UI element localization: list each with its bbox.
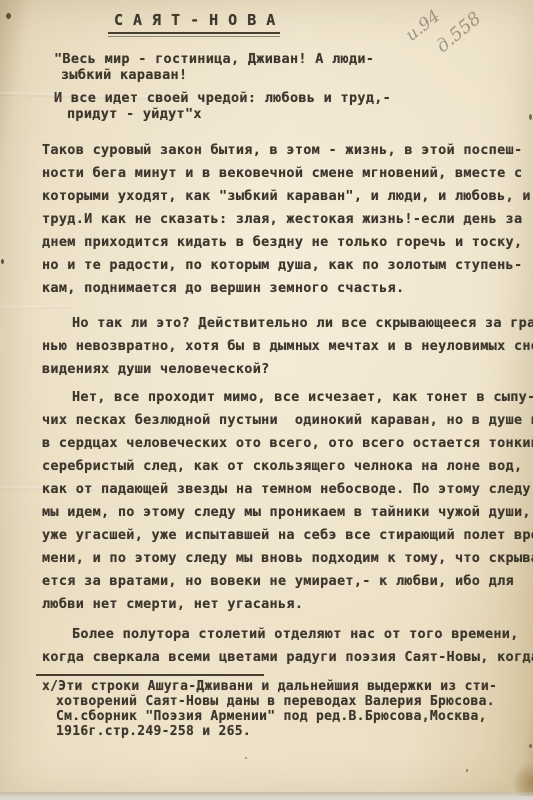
footnote-line: 1916г.стр.249-258 и 265. bbox=[42, 724, 533, 739]
footnote-line: хотворений Саят-Новы даны в переводах Ва… bbox=[42, 694, 533, 709]
text-line: чих песках безлюдной пустыни одинокий ка… bbox=[42, 409, 533, 432]
footnote-line: См.сборник "Поэзия Армении" под ред.В.Бр… bbox=[42, 709, 533, 724]
text-line: серебристый след, как от скользящего чел… bbox=[42, 455, 533, 478]
title-underline bbox=[108, 32, 280, 37]
paper-speck bbox=[245, 757, 247, 759]
text-line: как от падающей звезды на темном небосво… bbox=[42, 478, 533, 501]
scanned-document-page: и.94 д.558 САЯТ-НОВА "Весь мир - гостини… bbox=[0, 0, 533, 800]
paragraph: Нет, все проходит мимо, все исчезает, ка… bbox=[42, 386, 533, 616]
text-line: мы идем, по этому следу мы проникаем в т… bbox=[42, 501, 533, 524]
page-title: САЯТ-НОВА bbox=[114, 10, 285, 30]
paragraph: Но так ли это? Действительно ли все скры… bbox=[42, 312, 533, 381]
typewritten-content: САЯТ-НОВА "Весь мир - гостиница, Дживан!… bbox=[0, 0, 533, 739]
text-line: но и те радости, по которым душа, как по… bbox=[42, 254, 533, 277]
text-line: Но так ли это? Действительно ли все скры… bbox=[42, 312, 533, 335]
text-line: любви нет смерти, нет угасанья. bbox=[42, 593, 533, 616]
text-line: днем приходится кидать в бездну не тольк… bbox=[42, 231, 533, 254]
text-line: ется за вратами, но вовеки не умирает,- … bbox=[42, 570, 533, 593]
footnote: х/Эти строки Ашуга-Дживани и дальнейшия … bbox=[42, 674, 533, 739]
text-line: Таков суровый закон бытия, в этом - жизн… bbox=[42, 139, 533, 162]
epigraph-line: зыбкий караван! bbox=[54, 68, 533, 84]
text-line: мени, и по этому следу мы вновь подходим… bbox=[42, 547, 533, 570]
paragraph: Таков суровый закон бытия, в этом - жизн… bbox=[42, 139, 533, 300]
text-line: уже угасшей, уже испытавшей на себэ все … bbox=[42, 524, 533, 547]
text-line: ности бега минут и в вековечной смене мг… bbox=[42, 162, 533, 185]
paragraph: Более полутора столетий отделяют нас от … bbox=[42, 623, 533, 669]
text-line: труд.И как не сказать: злая, жестокая жи… bbox=[42, 208, 533, 231]
epigraph-line: "Весь мир - гостиница, Дживан! А люди- bbox=[54, 52, 533, 68]
paper-stain bbox=[511, 762, 533, 796]
epigraph: "Весь мир - гостиница, Дживан! А люди- з… bbox=[54, 52, 533, 122]
text-line: в сердцах человеческих ото всего, ото вс… bbox=[42, 432, 533, 455]
epigraph-line: придут - уйдут"х bbox=[54, 107, 533, 123]
text-line: Более полутора столетий отделяют нас от … bbox=[42, 623, 533, 646]
text-line: Нет, все проходит мимо, все исчезает, ка… bbox=[42, 386, 533, 409]
text-line: нью невозвратно, хотя бы в дымных мечтах… bbox=[42, 335, 533, 358]
epigraph-line: И все идет своей чредой: любовь и труд,- bbox=[54, 91, 533, 107]
text-line: которыми уходят, как "зыбкий караван", и… bbox=[42, 185, 533, 208]
paper-speck bbox=[529, 744, 532, 748]
footnote-separator bbox=[36, 674, 264, 676]
text-line: видениях души человеческой? bbox=[42, 358, 533, 381]
paper-speck bbox=[466, 769, 468, 772]
text-line: кам, поднимается до вершин земного счаст… bbox=[42, 277, 533, 300]
scanner-edge bbox=[0, 792, 533, 800]
text-line: когда сверкала всеми цветами радуги поэз… bbox=[42, 646, 533, 669]
footnote-line: х/Эти строки Ашуга-Дживани и дальнейшия … bbox=[42, 679, 533, 694]
